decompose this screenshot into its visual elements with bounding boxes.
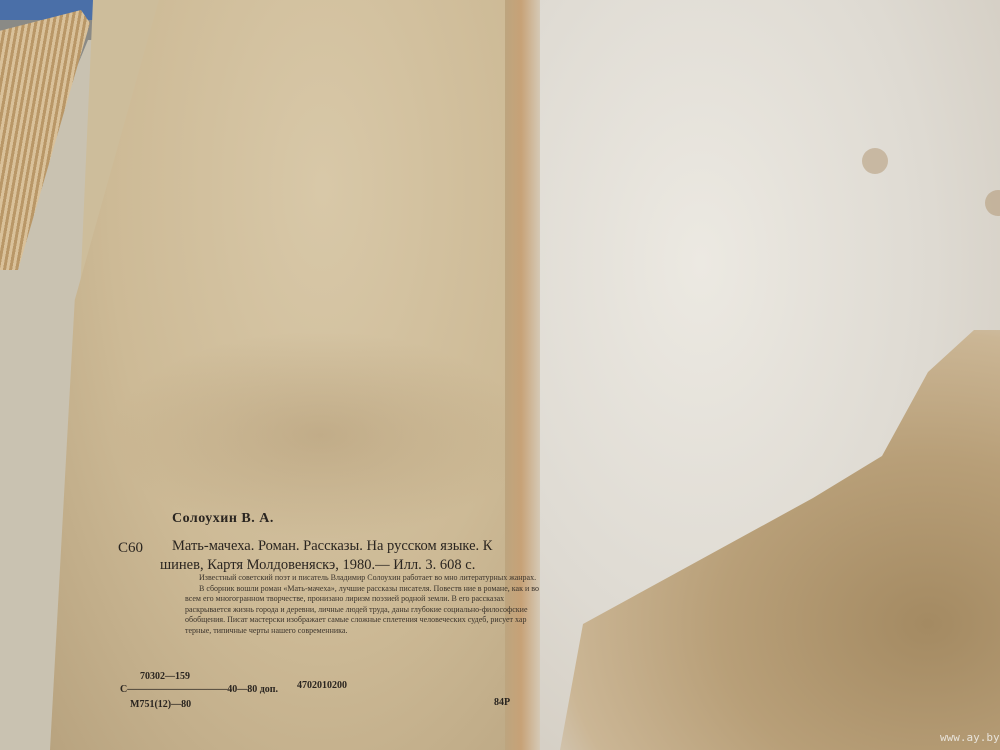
book-photo: Солоухин В. А. С60 Мать-мачеха. Роман. Р… (0, 0, 1000, 750)
watermark: www.ay.by (940, 731, 1000, 744)
book-gutter (505, 0, 545, 750)
bibliographic-line-2: шинев, Картя Молдовеняскэ, 1980.— Илл. 3… (160, 557, 475, 574)
udk-code: С60 (118, 540, 143, 557)
stain-spot (862, 148, 888, 174)
bbk-code: 84Р (494, 697, 510, 708)
imprint-code-bottom: М751(12)—80 (130, 699, 191, 710)
bibliographic-line-1: Мать-мачеха. Роман. Рассказы. На русском… (172, 538, 492, 555)
imprint-code-prefix: С——————————40—80 доп. (120, 684, 278, 695)
annotation-paragraph: В сборник вошли роман «Мать-мачеха», луч… (185, 584, 545, 637)
imprint-code-top: 70302—159 (140, 671, 190, 682)
author-name: Солоухин В. А. (172, 511, 274, 527)
annotation-paragraph: Известный советский поэт и писатель Влад… (185, 573, 545, 584)
annotation: Известный советский поэт и писатель Влад… (185, 573, 545, 636)
isbn-number: 4702010200 (297, 680, 347, 691)
